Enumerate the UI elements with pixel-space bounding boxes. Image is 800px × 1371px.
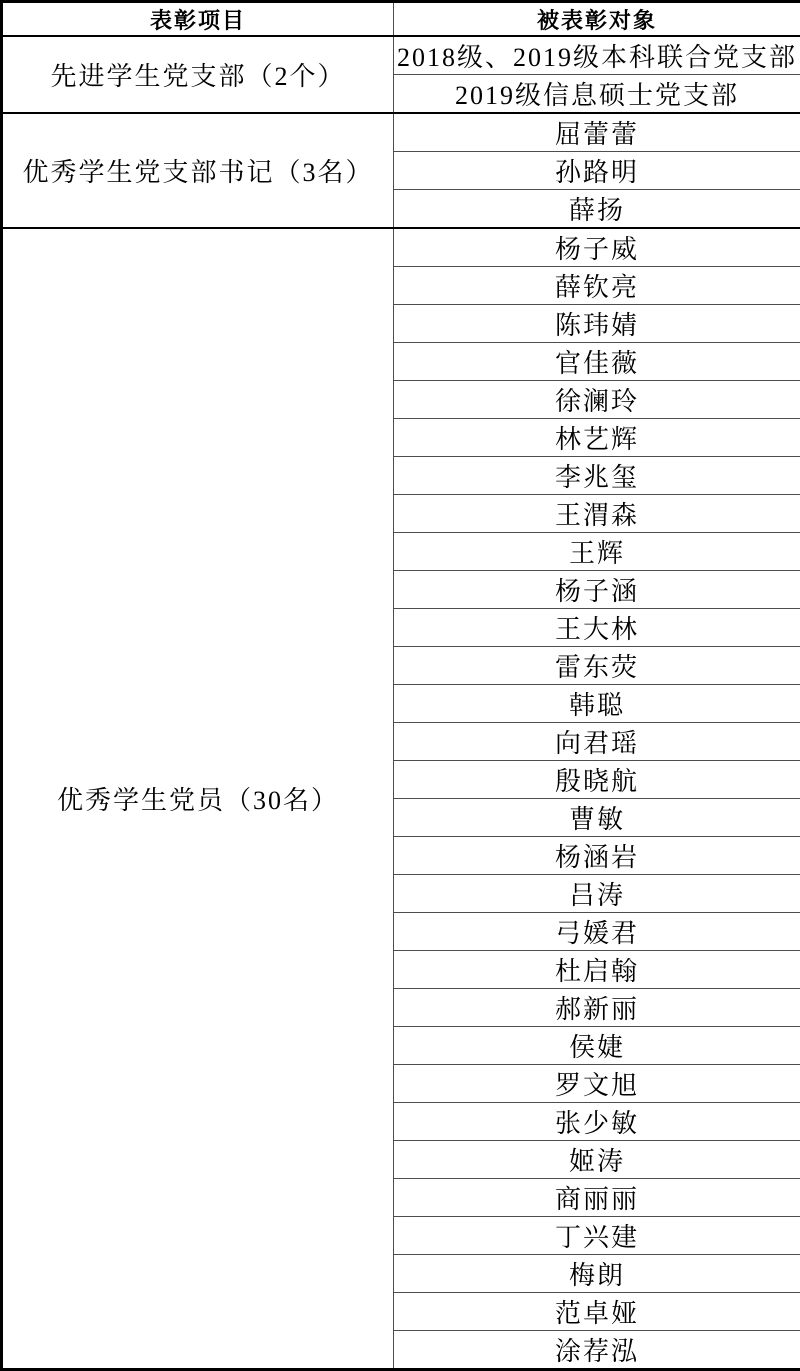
header-cell-project: 表彰项目 [2,2,394,37]
member-cell: 王大林 [394,609,800,647]
member-cell: 2018级、2019级本科联合党支部 [394,36,800,75]
member-cell: 薛扬 [394,190,800,229]
member-cell: 李兆玺 [394,457,800,495]
section-label-members: 优秀学生党员（30名） [2,228,394,1370]
member-cell: 郝新丽 [394,989,800,1027]
member-cell: 官佳薇 [394,343,800,381]
member-cell: 林艺辉 [394,419,800,457]
member-cell: 薛钦亮 [394,267,800,305]
member-cell: 杨子威 [394,228,800,267]
member-cell: 范卓娅 [394,1293,800,1331]
section-label-secretaries: 优秀学生党支部书记（3名） [2,113,394,228]
member-cell: 涂荐泓 [394,1331,800,1370]
member-cell: 侯婕 [394,1027,800,1065]
member-cell: 向君瑶 [394,723,800,761]
member-cell: 陈玮婧 [394,305,800,343]
header-row: 表彰项目 被表彰对象 [2,2,800,37]
table-row: 先进学生党支部（2个） 2018级、2019级本科联合党支部 [2,36,800,75]
member-cell: 2019级信息硕士党支部 [394,75,800,114]
member-cell: 吕涛 [394,875,800,913]
member-cell: 徐澜玲 [394,381,800,419]
member-cell: 张少敏 [394,1103,800,1141]
member-cell: 杨子涵 [394,571,800,609]
member-cell: 韩聪 [394,685,800,723]
member-cell: 曹敏 [394,799,800,837]
member-cell: 姬涛 [394,1141,800,1179]
member-cell: 杜启翰 [394,951,800,989]
member-cell: 梅朗 [394,1255,800,1293]
member-cell: 屈蕾蕾 [394,113,800,152]
table-row: 优秀学生党员（30名） 杨子威 [2,228,800,267]
member-cell: 王辉 [394,533,800,571]
member-cell: 商丽丽 [394,1179,800,1217]
table-row: 优秀学生党支部书记（3名） 屈蕾蕾 [2,113,800,152]
member-cell: 孙路明 [394,152,800,190]
member-cell: 王渭森 [394,495,800,533]
member-cell: 杨涵岩 [394,837,800,875]
header-cell-awardee: 被表彰对象 [394,2,800,37]
section-label-branches: 先进学生党支部（2个） [2,36,394,113]
member-cell: 罗文旭 [394,1065,800,1103]
member-cell: 丁兴建 [394,1217,800,1255]
member-cell: 弓媛君 [394,913,800,951]
commendation-table: 表彰项目 被表彰对象 先进学生党支部（2个） 2018级、2019级本科联合党支… [0,0,800,1371]
member-cell: 雷东荧 [394,647,800,685]
member-cell: 殷晓航 [394,761,800,799]
